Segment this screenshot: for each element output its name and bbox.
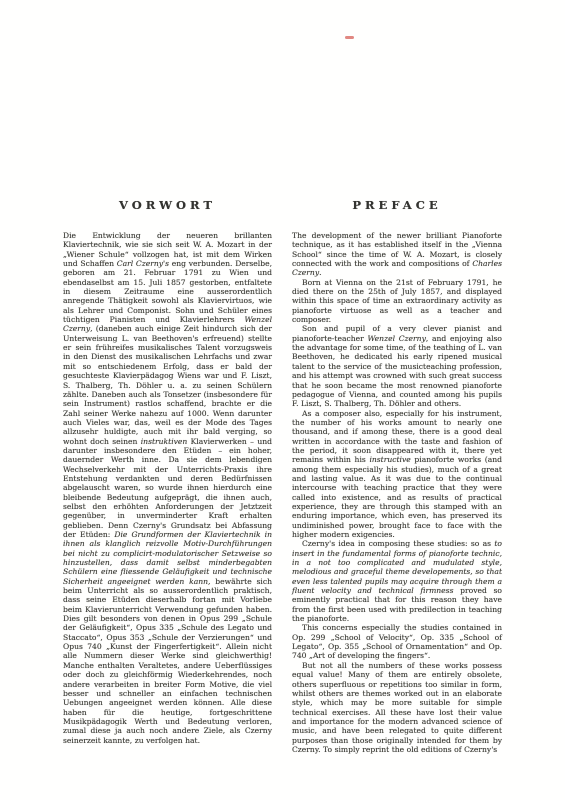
vorwort-text: Die Entwicklung der neueren brillanten K…	[63, 231, 272, 745]
text-run: The development of the newer brilliant P…	[292, 231, 502, 268]
preface-heading: PREFACE	[292, 198, 502, 212]
italic-text-run: Carl Czerny's	[117, 259, 169, 268]
paragraph: Die Entwicklung der neueren brillanten K…	[63, 231, 272, 745]
preface-column: PREFACE The development of the newer bri…	[292, 198, 502, 754]
text-run: bewährte sich beim Unterricht als so aus…	[63, 577, 272, 745]
book-page: VORWORT Die Entwicklung der neueren bril…	[0, 0, 565, 800]
preface-text: The development of the newer brilliant P…	[292, 231, 502, 754]
text-run: eng verbunden. Derselbe, geboren am 21. …	[63, 259, 272, 324]
paragraph: Czerny's idea in composing these studies…	[292, 539, 502, 623]
vorwort-heading: VORWORT	[63, 198, 272, 212]
text-run: , (daneben auch einige Zeit hindurch sic…	[63, 324, 272, 445]
text-run: But not all the numbers of these works p…	[292, 661, 502, 754]
paragraph: But not all the numbers of these works p…	[292, 661, 502, 754]
paragraph: Born at Vienna on the 21st of February 1…	[292, 278, 502, 325]
paragraph: This concerns especially the studies con…	[292, 623, 502, 660]
text-run: pianoforte works (and among them especia…	[292, 455, 502, 539]
text-run: Klavierwerken – und darunter insbesonder…	[63, 437, 272, 539]
red-registration-mark	[345, 36, 354, 39]
vorwort-column: VORWORT Die Entwicklung der neueren bril…	[63, 198, 272, 745]
paragraph: The development of the newer brilliant P…	[292, 231, 502, 278]
text-run: , and enjoying also the advantage for so…	[292, 334, 502, 408]
italic-text-run: Wenzel Czerny	[368, 334, 426, 343]
paragraph: Son and pupil of a very clever pianist a…	[292, 324, 502, 408]
text-run: Czerny's idea in composing these studies…	[302, 539, 494, 548]
italic-text-run: instructive	[369, 455, 410, 464]
paragraph: As a composer also, especially for his i…	[292, 409, 502, 540]
text-run: Born at Vienna on the 21st of February 1…	[292, 278, 502, 324]
text-run: .	[319, 268, 321, 277]
italic-text-run: instruktiven	[141, 437, 188, 446]
text-run: This concerns especially the studies con…	[292, 623, 502, 660]
